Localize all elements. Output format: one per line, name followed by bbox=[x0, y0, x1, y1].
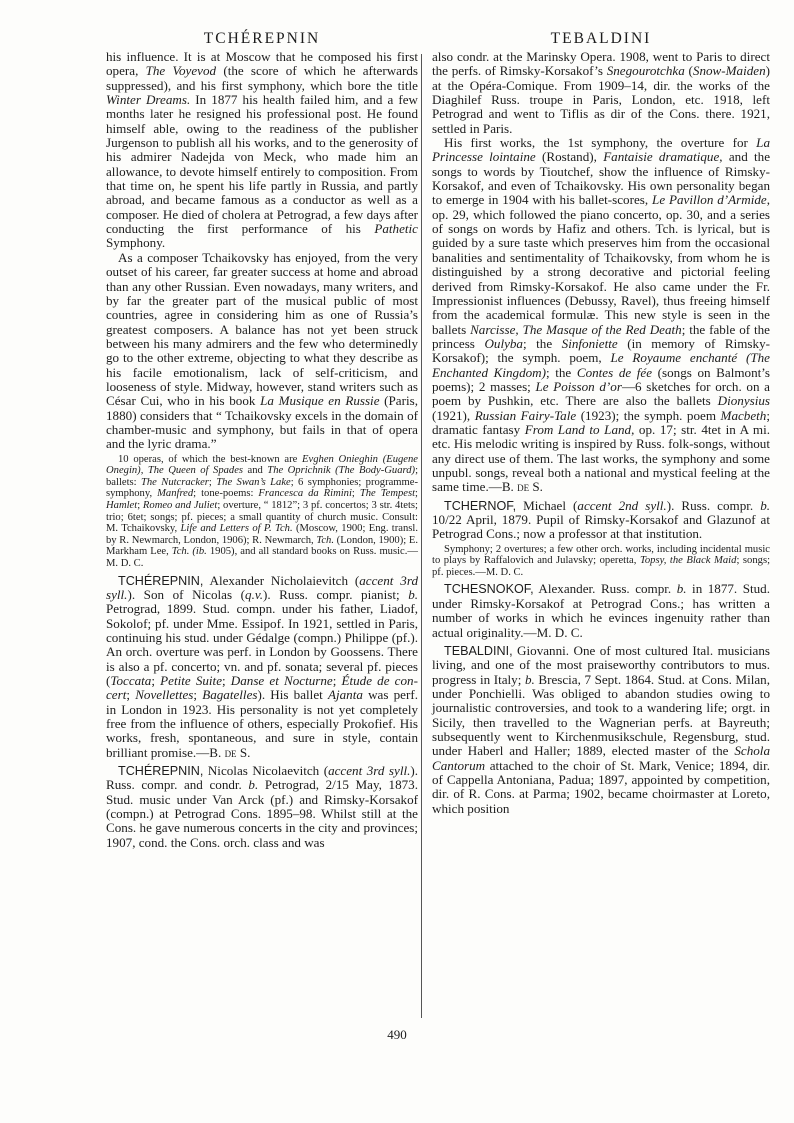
nicolas-continued-paragraph: also condr. at the Marinsky Opera. 1908,… bbox=[432, 50, 770, 136]
running-header-right: TEBALDINI bbox=[432, 30, 770, 48]
left-column: his influence. It is at Moscow that he c… bbox=[106, 50, 418, 850]
headword: TCHESNOKOF, bbox=[444, 582, 534, 596]
entry-tcherepnin-nicolas: TCHÉREPNIN, Nicolas Nicolaevitch (accent… bbox=[106, 764, 418, 850]
headword: TCHERNOF, bbox=[444, 499, 516, 513]
tchaikovsky-works-note: 10 operas, of which the best-known are E… bbox=[106, 454, 418, 570]
headword: TCHÉREPNIN, bbox=[118, 764, 203, 778]
entry-body: Giovanni. One of most cultured Ital. mus… bbox=[432, 643, 770, 816]
entry-body: Alexander Nicholaievitch (accent 3rd syl… bbox=[106, 573, 418, 760]
column-divider bbox=[421, 54, 422, 1018]
entry-tcherepnin-alexander: TCHÉREPNIN, Alexander Nicholaievitch (ac… bbox=[106, 574, 418, 760]
tchaikovsky-paragraph-1: his influence. It is at Moscow that he c… bbox=[106, 50, 418, 251]
right-column: also condr. at the Marinsky Opera. 1908,… bbox=[432, 50, 770, 816]
entry-tebaldini: TEBALDINI, Giovanni. One of most culture… bbox=[432, 644, 770, 816]
entry-tchesnokof: TCHESNOKOF, Alexander. Russ. compr. b. i… bbox=[432, 582, 770, 639]
running-header-left: TCHÉREPNIN bbox=[106, 30, 418, 48]
page-number: 490 bbox=[0, 1027, 794, 1043]
tchaikovsky-paragraph-2: As a composer Tchaikovsky has enjoyed, f… bbox=[106, 251, 418, 452]
nicolas-works-paragraph: His first works, the 1st symphony, the o… bbox=[432, 136, 770, 495]
entry-tchernof: TCHERNOF, Michael (accent 2nd syll.). Ru… bbox=[432, 499, 770, 542]
headword: TEBALDINI, bbox=[444, 644, 513, 658]
tchernof-works-note: Symphony; 2 overtures; a few other orch.… bbox=[432, 544, 770, 579]
headword: TCHÉREPNIN, bbox=[118, 574, 203, 588]
